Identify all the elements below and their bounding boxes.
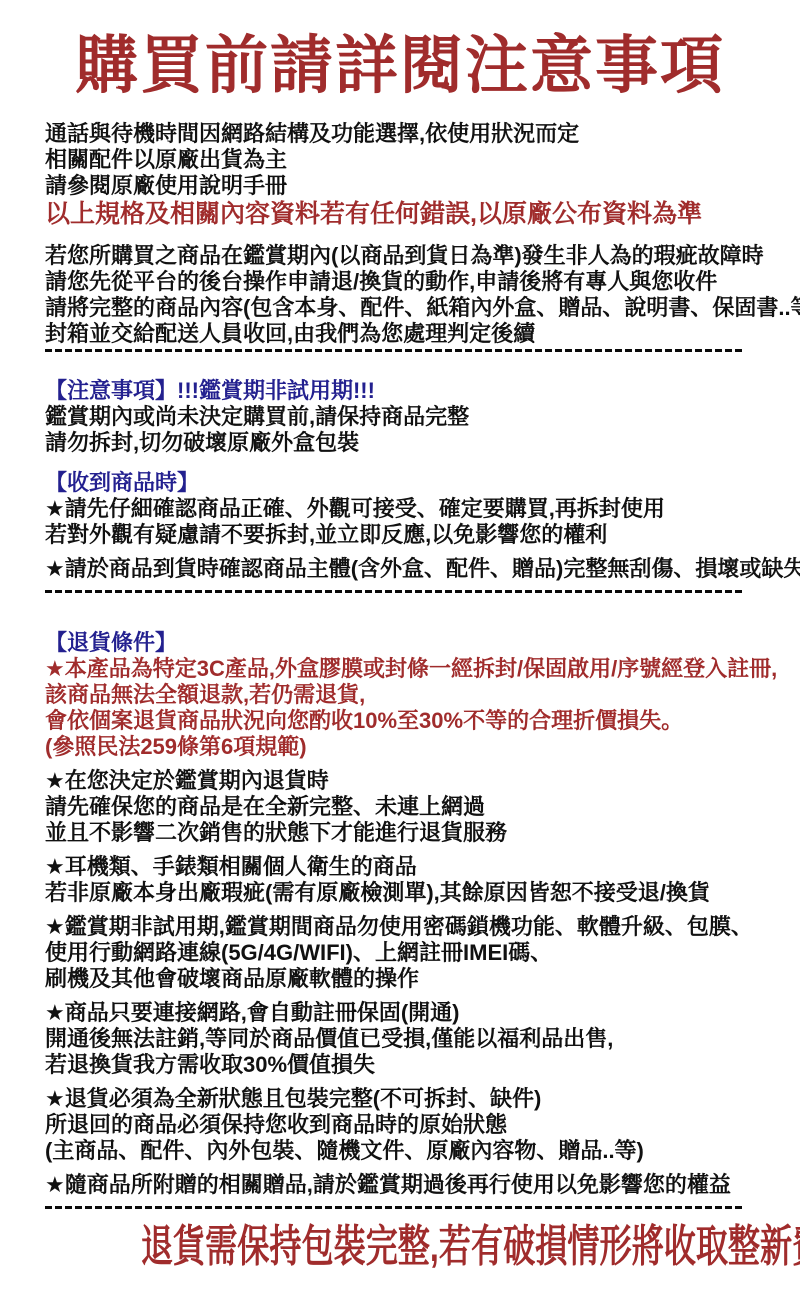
on-receipt-line: ★請先仔細確認商品正確、外觀可接受、確定要購買,再拆封使用	[45, 496, 755, 522]
decide-return-line: ★在您決定於鑑賞期內退貨時	[45, 768, 755, 794]
depreciation-line: ★本產品為特定3C產品,外盒膠膜或封條一經拆封/保固啟用/序號經登入註冊,	[45, 656, 755, 682]
auto-warranty-line: 若退換貨我方需收取30%價值損失	[45, 1052, 755, 1078]
inspection-flow-section: 若您所購買之商品在鑑賞期內(以商品到貨日為準)發生非人為的瑕疵故障時 請您先從平…	[45, 243, 755, 347]
no-activation-block: ★鑑賞期非試用期,鑑賞期間商品勿使用密碼鎖機功能、軟體升級、包膜、 使用行動網路…	[45, 914, 755, 992]
notice-line: 請勿拆封,切勿破壞原廠外盒包裝	[45, 430, 755, 456]
on-receipt-section: 【收到商品時】 ★請先仔細確認商品正確、外觀可接受、確定要購買,再拆封使用 若對…	[45, 470, 755, 582]
inspection-flow-line: 請將完整的商品內容(包含本身、配件、紙箱內外盒、贈品、說明書、保固書..等)	[45, 295, 755, 321]
inspection-flow-line: 封箱並交給配送人員收回,由我們為您處理判定後續	[45, 321, 755, 347]
depreciation-block: ★本產品為特定3C產品,外盒膠膜或封條一經拆封/保固啟用/序號經登入註冊, 該商…	[45, 656, 755, 760]
hygiene-line: 若非原廠本身出廠瑕疵(需有原廠檢測單),其餘原因皆恕不接受退/換貨	[45, 880, 755, 906]
brand-new-line: ★退貨必須為全新狀態且包裝完整(不可拆封、缺件)	[45, 1086, 755, 1112]
decide-return-block: ★在您決定於鑑賞期內退貨時 請先確保您的商品是在全新完整、未連上網過 並且不影響…	[45, 768, 755, 846]
auto-warranty-block: ★商品只要連接網路,會自動註冊保固(開通) 開通後無法註銷,等同於商品價值已受損…	[45, 1000, 755, 1078]
auto-warranty-line: 開通後無法註銷,等同於商品價值已受損,僅能以福利品出售,	[45, 1026, 755, 1052]
on-receipt-check-line: ★請於商品到貨時確認商品主體(含外盒、配件、贈品)完整無刮傷、損壞或缺失	[45, 556, 755, 582]
dashed-divider	[45, 349, 745, 352]
depreciation-line: 會依個案退貨商品狀況向您酌收10%至30%不等的合理折價損失。	[45, 708, 755, 734]
dashed-divider	[45, 590, 745, 593]
depreciation-line: (參照民法259條第6項規範)	[45, 734, 755, 760]
notice-section: 【注意事項】!!!鑑賞期非試用期!!! 鑑賞期內或尚未決定購買前,請保持商品完整…	[45, 378, 755, 456]
brand-new-block: ★退貨必須為全新狀態且包裝完整(不可拆封、缺件) 所退回的商品必須保持您收到商品…	[45, 1086, 755, 1164]
on-receipt-heading: 【收到商品時】	[45, 470, 755, 496]
auto-warranty-line: ★商品只要連接網路,會自動註冊保固(開通)	[45, 1000, 755, 1026]
spec-disclaimer: 以上規格及相關內容資料若有任何錯誤,以原廠公布資料為準	[45, 199, 755, 229]
inspection-flow-line: 請您先從平台的後台操作申請退/換貨的動作,申請後將有專人與您收件	[45, 269, 755, 295]
notice-heading: 【注意事項】!!!鑑賞期非試用期!!!	[45, 378, 755, 404]
brand-new-line: 所退回的商品必須保持您收到商品時的原始狀態	[45, 1112, 755, 1138]
dashed-divider	[45, 1206, 745, 1209]
on-receipt-line: 若對外觀有疑慮請不要拆封,並立即反應,以免影響您的權利	[45, 522, 755, 548]
no-activation-line: ★鑑賞期非試用期,鑑賞期間商品勿使用密碼鎖機功能、軟體升級、包膜、	[45, 914, 755, 940]
hygiene-block: ★耳機類、手錶類相關個人衛生的商品 若非原廠本身出廠瑕疵(需有原廠檢測單),其餘…	[45, 854, 755, 906]
decide-return-line: 請先確保您的商品是在全新完整、未連上網過	[45, 794, 755, 820]
depreciation-line: 該商品無法全額退款,若仍需退貨,	[45, 682, 755, 708]
purchase-notice-poster: 購買前請詳閱注意事項 通話與待機時間因網路結構及功能選擇,依使用狀況而定 相關配…	[0, 0, 800, 1300]
gifts-line: ★隨商品所附贈的相關贈品,請於鑑賞期過後再行使用以免影響您的權益	[45, 1172, 755, 1198]
intro-line: 通話與待機時間因網路結構及功能選擇,依使用狀況而定	[45, 121, 755, 147]
notice-line: 鑑賞期內或尚未決定購買前,請保持商品完整	[45, 404, 755, 430]
intro-section: 通話與待機時間因網路結構及功能選擇,依使用狀況而定 相關配件以原廠出貨為主 請參…	[45, 121, 755, 229]
no-activation-line: 使用行動網路連線(5G/4G/WIFI)、上網註冊IMEI碼、	[45, 940, 755, 966]
restocking-fee-banner: 退貨需保持包裝完整,若有破損情形將收取整新費	[141, 1219, 659, 1275]
intro-line: 請參閱原廠使用說明手冊	[45, 173, 755, 199]
return-policy-heading: 【退貨條件】	[45, 630, 755, 656]
inspection-flow-line: 若您所購買之商品在鑑賞期內(以商品到貨日為準)發生非人為的瑕疵故障時	[45, 243, 755, 269]
hygiene-line: ★耳機類、手錶類相關個人衛生的商品	[45, 854, 755, 880]
page-title: 購買前請詳閱注意事項	[45, 30, 755, 103]
brand-new-line: (主商品、配件、內外包裝、隨機文件、原廠內容物、贈品..等)	[45, 1138, 755, 1164]
no-activation-line: 刷機及其他會破壞商品原廠軟體的操作	[45, 966, 755, 992]
intro-line: 相關配件以原廠出貨為主	[45, 147, 755, 173]
decide-return-line: 並且不影響二次銷售的狀態下才能進行退貨服務	[45, 820, 755, 846]
